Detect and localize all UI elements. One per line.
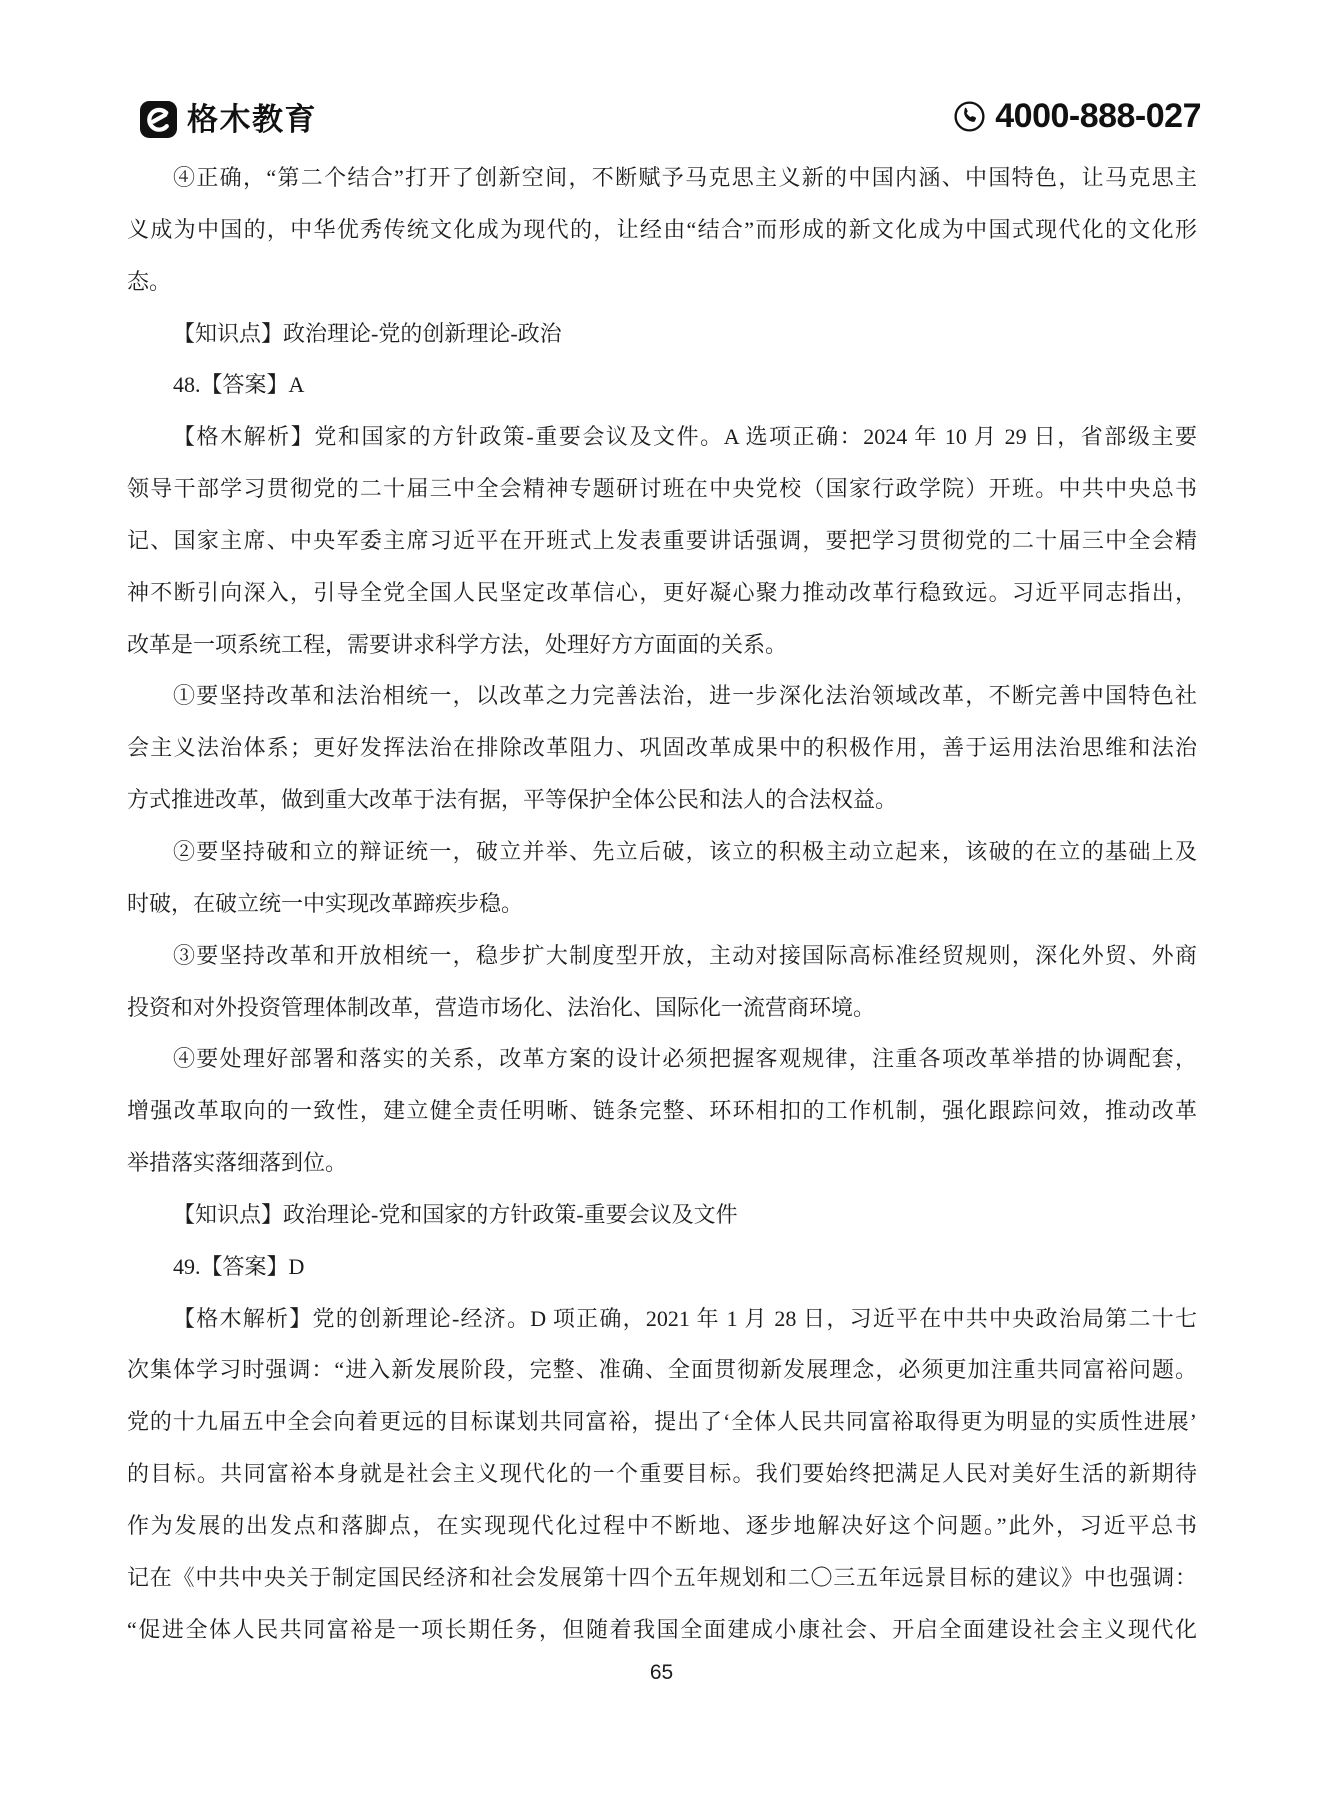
document-body: ④正确，“第二个结合”打开了创新空间，不断赋予马克思主义新的中国内涵、中国特色，… — [127, 152, 1197, 1655]
text-line: 改革是一项系统工程，需要讲求科学方法，处理好方方面面的关系。 — [127, 619, 1197, 671]
text-line: 举措落实落细落到位。 — [127, 1137, 1197, 1189]
paragraph: 【知识点】政治理论-党和国家的方针政策-重要会议及文件 — [127, 1189, 1197, 1241]
text-line: 作为发展的出发点和落脚点，在实现现代化过程中不断地、逐步地解决好这个问题。”此外… — [127, 1500, 1197, 1552]
text-line: 48.【答案】A — [127, 359, 1197, 411]
text-line: 【格木解析】党的创新理论-经济。D 项正确，2021 年 1 月 28 日，习近… — [127, 1293, 1197, 1345]
paragraph: 【格木解析】党和国家的方针政策-重要会议及文件。A 选项正确：2024 年 10… — [127, 411, 1197, 670]
gemu-logo-icon — [140, 101, 177, 138]
text-line: 记在《中共中央关于制定国民经济和社会发展第十四个五年规划和二〇三五年远景目标的建… — [127, 1552, 1197, 1604]
text-line: 【格木解析】党和国家的方针政策-重要会议及文件。A 选项正确：2024 年 10… — [127, 411, 1197, 463]
paragraph: ④正确，“第二个结合”打开了创新空间，不断赋予马克思主义新的中国内涵、中国特色，… — [127, 152, 1197, 308]
text-line: “促进全体人民共同富裕是一项长期任务，但随着我国全面建成小康社会、开启全面建设社… — [127, 1604, 1197, 1656]
text-line: 的目标。共同富裕本身就是社会主义现代化的一个重要目标。我们要始终把满足人民对美好… — [127, 1448, 1197, 1500]
paragraph: 【格木解析】党的创新理论-经济。D 项正确，2021 年 1 月 28 日，习近… — [127, 1293, 1197, 1656]
text-line: 【知识点】政治理论-党的创新理论-政治 — [127, 308, 1197, 360]
text-line: ③要坚持改革和开放相统一，稳步扩大制度型开放，主动对接国际高标准经贸规则，深化外… — [127, 930, 1197, 982]
brand-logo: 格木教育 — [140, 101, 317, 138]
text-line: ②要坚持破和立的辩证统一，破立并举、先立后破，该立的积极主动立起来，该破的在立的… — [127, 826, 1197, 878]
phone-number: 4000-888-027 — [995, 99, 1201, 133]
text-line: 【知识点】政治理论-党和国家的方针政策-重要会议及文件 — [127, 1189, 1197, 1241]
text-line: 神不断引向深入，引导全党全国人民坚定改革信心，更好凝心聚力推动改革行稳致远。习近… — [127, 567, 1197, 619]
page-footer: 65 — [0, 1659, 1323, 1686]
text-line: 时破，在破立统一中实现改革蹄疾步稳。 — [127, 878, 1197, 930]
text-line: 记、国家主席、中央军委主席习近平在开班式上发表重要讲话强调，要把学习贯彻党的二十… — [127, 515, 1197, 567]
text-line: ①要坚持改革和法治相统一，以改革之力完善法治，进一步深化法治领域改革，不断完善中… — [127, 670, 1197, 722]
contact-phone: 4000-888-027 — [953, 99, 1201, 133]
text-line: 次集体学习时强调：“进入新发展阶段，完整、准确、全面贯彻新发展理念，必须更加注重… — [127, 1344, 1197, 1396]
paragraph: ③要坚持改革和开放相统一，稳步扩大制度型开放，主动对接国际高标准经贸规则，深化外… — [127, 930, 1197, 1034]
paragraph: ②要坚持破和立的辩证统一，破立并举、先立后破，该立的积极主动立起来，该破的在立的… — [127, 826, 1197, 930]
page-header: 格木教育 4000-888-027 — [0, 0, 1323, 150]
paragraph: 48.【答案】A — [127, 359, 1197, 411]
text-line: 方式推进改革，做到重大改革于法有据，平等保护全体公民和法人的合法权益。 — [127, 774, 1197, 826]
paragraph: 【知识点】政治理论-党的创新理论-政治 — [127, 308, 1197, 360]
text-line: 投资和对外投资管理体制改革，营造市场化、法治化、国际化一流营商环境。 — [127, 982, 1197, 1034]
page-number: 65 — [650, 1661, 673, 1684]
text-line: 态。 — [127, 256, 1197, 308]
text-line: 党的十九届五中全会向着更远的目标谋划共同富裕，提出了‘全体人民共同富裕取得更为明… — [127, 1396, 1197, 1448]
text-line: 会主义法治体系；更好发挥法治在排除改革阻力、巩固改革成果中的积极作用，善于运用法… — [127, 722, 1197, 774]
text-line: ④正确，“第二个结合”打开了创新空间，不断赋予马克思主义新的中国内涵、中国特色，… — [127, 152, 1197, 204]
paragraph: ④要处理好部署和落实的关系，改革方案的设计必须把握客观规律，注重各项改革举措的协… — [127, 1033, 1197, 1189]
brand-name: 格木教育 — [187, 101, 317, 138]
phone-icon — [953, 100, 986, 133]
paragraph: ①要坚持改革和法治相统一，以改革之力完善法治，进一步深化法治领域改革，不断完善中… — [127, 670, 1197, 826]
paragraph: 49.【答案】D — [127, 1241, 1197, 1293]
text-line: ④要处理好部署和落实的关系，改革方案的设计必须把握客观规律，注重各项改革举措的协… — [127, 1033, 1197, 1085]
document-page: 格木教育 4000-888-027 ④正确，“第二个结合”打开了创新空间，不断赋… — [0, 0, 1323, 1795]
text-line: 49.【答案】D — [127, 1241, 1197, 1293]
text-line: 增强改革取向的一致性，建立健全责任明晰、链条完整、环环相扣的工作机制，强化跟踪问… — [127, 1085, 1197, 1137]
text-line: 义成为中国的，中华优秀传统文化成为现代的，让经由“结合”而形成的新文化成为中国式… — [127, 204, 1197, 256]
text-line: 领导干部学习贯彻党的二十届三中全会精神专题研讨班在中央党校（国家行政学院）开班。… — [127, 463, 1197, 515]
